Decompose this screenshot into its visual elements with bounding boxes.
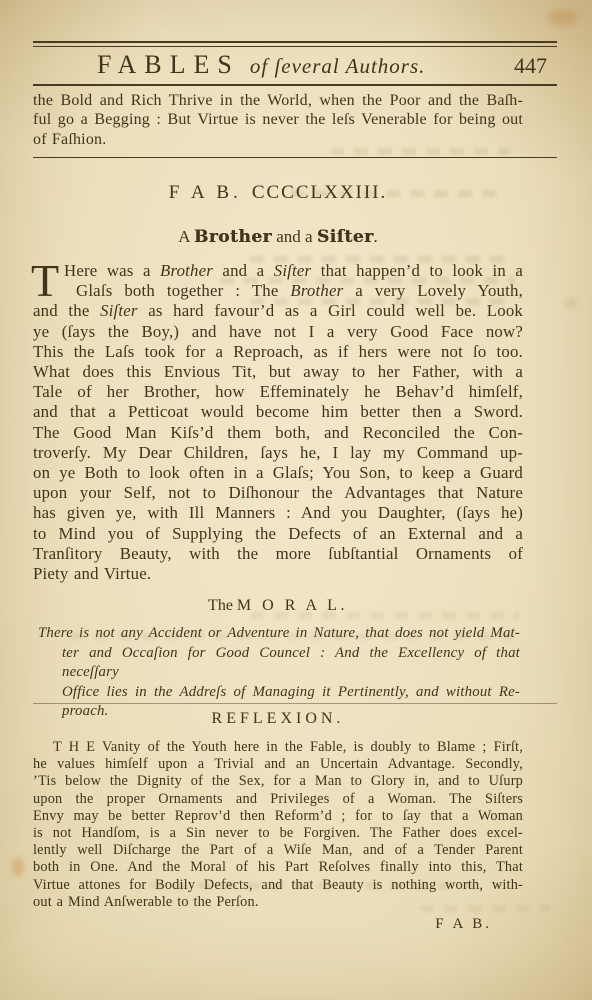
text-line: to Mind you of Supplying the Defects of … — [33, 524, 523, 544]
text-line: upon the proper Ornaments and Privileges… — [33, 791, 523, 808]
text-line: ’Tis below the Dignity of the Sex, for a… — [33, 773, 523, 790]
fable-title: A Brother and a Siſter. — [33, 227, 523, 247]
drop-cap: T — [31, 261, 59, 301]
stain — [548, 10, 578, 26]
text-line: Envy may be better Reprov’d then Reform’… — [33, 808, 523, 825]
text-line: upon your Self, not to Diſhonour the Adv… — [33, 483, 523, 503]
text-line: he values himſelf upon a Trivial and an … — [33, 756, 523, 773]
text-line: of Faſhion. — [33, 130, 523, 149]
bleed-through — [330, 148, 510, 155]
text-line: the Bold and Rich Thrive in the World, w… — [33, 91, 523, 110]
running-title: FABLES of ſeveral Authors. — [33, 50, 425, 80]
catchword: F A B. — [435, 916, 492, 933]
text-line: out a Mind Anſwerable to the Perſon. — [33, 894, 523, 911]
double-rule-bottom — [33, 46, 557, 47]
fable-paragraph: T Here was a Brother and a Siſter that h… — [33, 261, 523, 584]
text-line: There is not any Accident or Adventure i… — [38, 624, 520, 644]
moral-paragraph: There is not any Accident or Adventure i… — [38, 624, 520, 722]
page-number: 447 — [514, 53, 557, 79]
text-line: The Good Man Kiſs’d them both, and Recon… — [33, 423, 523, 443]
header-rule — [33, 84, 557, 86]
running-title-italic: of ſeveral Authors. — [250, 54, 426, 78]
reflexion-paragraph: T H E Vanity of the Youth here in the Fa… — [33, 739, 523, 911]
moral-heading-word: M O R A L. — [237, 597, 348, 614]
text-line: ter and Occaſion for Good Councel : And … — [38, 644, 520, 683]
double-rule-top — [33, 41, 557, 43]
text-line: Tale of her Brother, how Effeminately he… — [33, 382, 523, 402]
running-title-caps: FABLES — [97, 50, 240, 79]
text-line: Piety and Virtue. — [33, 564, 523, 584]
text-line: Here was a Brother and a Siſter that hap… — [33, 261, 523, 281]
text-line: has given ye, with Ill Manners : And you… — [33, 503, 523, 523]
stain — [566, 298, 576, 308]
moral-heading-prefix: The — [208, 597, 233, 614]
book-page: FABLES of ſeveral Authors. 447 the Bold … — [0, 0, 592, 1000]
text-line: This the Laſs took for a Reproach, as if… — [33, 342, 523, 362]
section-rule — [33, 157, 557, 158]
reflexion-heading: REFLEXION. — [33, 710, 523, 728]
reflexion-rule — [33, 703, 557, 704]
text-line: Glaſs both together : The Brother a very… — [33, 281, 523, 301]
text-line: lently well Diſcharge the Part of a Wiſe… — [33, 842, 523, 859]
text-line: Virtue attones for Bodily Defects, and t… — [33, 877, 523, 894]
stain — [12, 858, 24, 876]
text-line: Office lies in the Addreſs of Managing i… — [38, 683, 520, 703]
text-line: and the Siſter as hard favour’d as a Gir… — [33, 301, 523, 321]
intro-paragraph: the Bold and Rich Thrive in the World, w… — [33, 91, 523, 149]
fable-heading: F A B.CCCCLXXIII. — [33, 182, 523, 204]
text-line: ye (ſays the Boy,) and have not I a very… — [33, 322, 523, 342]
text-line: on ye Both to look often in a Glaſs; You… — [33, 463, 523, 483]
text-line: is not Handſom, is a Sin never to be For… — [33, 825, 523, 842]
text-line: ful go a Begging : But Virtue is never t… — [33, 110, 523, 129]
page-header: FABLES of ſeveral Authors. 447 — [33, 50, 557, 80]
fable-heading-label: F A B. — [169, 182, 242, 203]
fable-heading-number: CCCCLXXIII. — [252, 182, 387, 203]
text-line: troverſy. My Dear Children, ſays he, I l… — [33, 443, 523, 463]
text-line: Tranſitory Beauty, with the more ſubſtan… — [33, 544, 523, 564]
text-line: and that a Petticoat would become him be… — [33, 402, 523, 422]
text-line: T H E Vanity of the Youth here in the Fa… — [33, 739, 523, 756]
text-line: both in One. And the Moral of his Part R… — [33, 859, 523, 876]
moral-heading: TheM O R A L. — [33, 597, 523, 615]
text-line: What does this Envious Tit, but away to … — [33, 362, 523, 382]
